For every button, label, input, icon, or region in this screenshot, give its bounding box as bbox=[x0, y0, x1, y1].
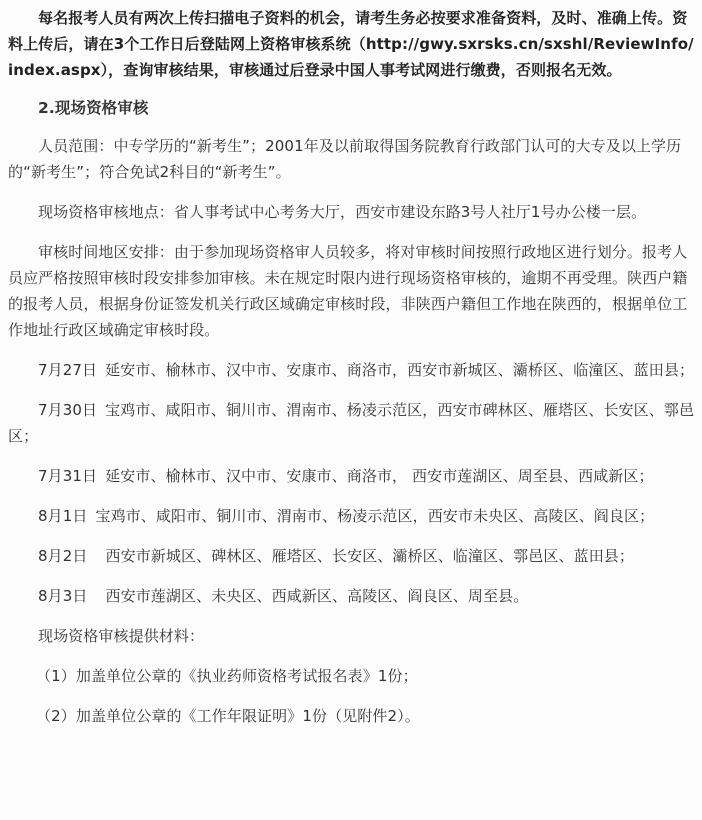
material-item: （1）加盖单位公章的《执业药师资格考试报名表》1份； bbox=[8, 663, 696, 689]
schedule-date: 8月2日 bbox=[38, 547, 88, 565]
materials-title: 现场资格审核提供材料： bbox=[8, 623, 696, 649]
article-body: 每名报考人员有两次上传扫描电子资料的机会，请考生务必按要求准备资料，及时、准确上… bbox=[0, 0, 702, 729]
schedule-date: 8月1日 bbox=[38, 507, 88, 525]
intro-paragraph: 每名报考人员有两次上传扫描电子资料的机会，请考生务必按要求准备资料，及时、准确上… bbox=[8, 5, 696, 83]
schedule-areas: 西安市莲湖区、未央区、西咸新区、高陵区、阎良区、周至县。 bbox=[106, 587, 529, 605]
schedule-item: 8月1日宝鸡市、咸阳市、铜川市、渭南市、杨凌示范区，西安市未央区、高陵区、阎良区… bbox=[8, 503, 696, 529]
schedule-item: 8月3日西安市莲湖区、未央区、西咸新区、高陵区、阎良区、周至县。 bbox=[8, 583, 696, 609]
location-paragraph: 现场资格审核地点：省人事考试中心考务大厅，西安市建设东路3号人社厅1号办公楼一层… bbox=[8, 199, 696, 225]
schedule-date: 7月30日 bbox=[38, 401, 97, 419]
arrangement-paragraph: 审核时间地区安排：由于参加现场资格审人员较多，将对审核时间按照行政地区进行划分。… bbox=[8, 239, 696, 343]
schedule-date: 8月3日 bbox=[38, 587, 88, 605]
scope-paragraph: 人员范围：中专学历的“新考生”；2001年及以前取得国务院教育行政部门认可的大专… bbox=[8, 133, 696, 185]
schedule-date: 7月27日 bbox=[38, 361, 97, 379]
schedule-item: 8月2日西安市新城区、碑林区、雁塔区、长安区、灞桥区、临潼区、鄠邑区、蓝田县； bbox=[8, 543, 696, 569]
schedule-item: 7月27日延安市、榆林市、汉中市、安康市、商洛市，西安市新城区、灞桥区、临潼区、… bbox=[8, 357, 696, 383]
schedule-areas: 西安市新城区、碑林区、雁塔区、长安区、灞桥区、临潼区、鄠邑区、蓝田县； bbox=[106, 547, 635, 565]
schedule-areas: 宝鸡市、咸阳市、铜川市、渭南市、杨凌示范区，西安市碑林区、雁塔区、长安区、鄠邑区… bbox=[8, 401, 694, 445]
schedule-item: 7月31日延安市、榆林市、汉中市、安康市、商洛市， 西安市莲湖区、周至县、西咸新… bbox=[8, 463, 696, 489]
schedule-areas: 宝鸡市、咸阳市、铜川市、渭南市、杨凌示范区，西安市未央区、高陵区、阎良区； bbox=[96, 507, 655, 525]
schedule-areas: 延安市、榆林市、汉中市、安康市、商洛市，西安市新城区、灞桥区、临潼区、蓝田县； bbox=[105, 361, 694, 379]
schedule-item: 7月30日宝鸡市、咸阳市、铜川市、渭南市、杨凌示范区，西安市碑林区、雁塔区、长安… bbox=[8, 397, 696, 449]
section-title: 2.现场资格审核 bbox=[8, 95, 696, 121]
schedule-date: 7月31日 bbox=[38, 467, 97, 485]
schedule-areas: 延安市、榆林市、汉中市、安康市、商洛市， 西安市莲湖区、周至县、西咸新区； bbox=[105, 467, 653, 485]
material-item: （2）加盖单位公章的《工作年限证明》1份（见附件2）。 bbox=[8, 703, 696, 729]
